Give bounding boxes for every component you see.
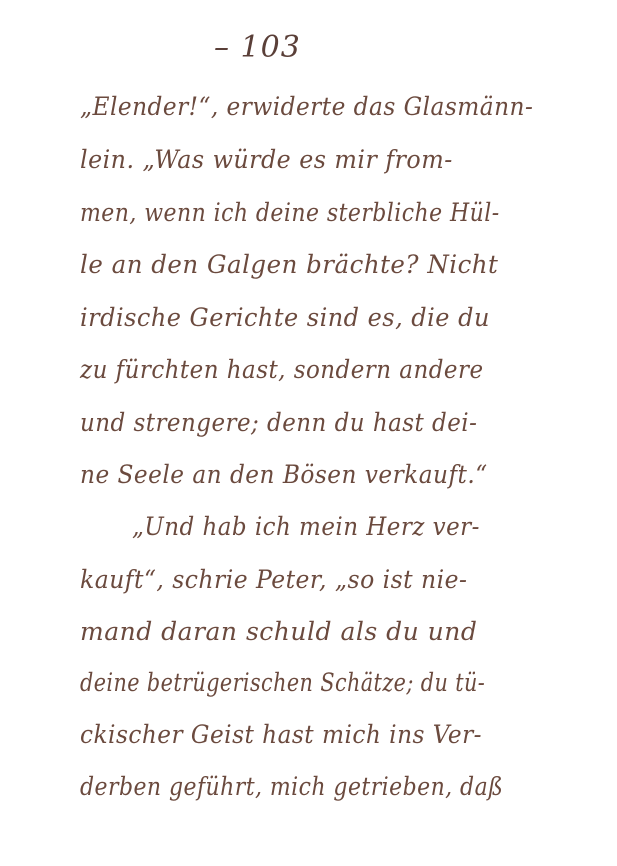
text-line: zu fürchten hast, sondern andere [80,355,484,384]
page-number: – 103 [214,30,301,65]
text-line: ckischer Geist hast mich ins Ver- [80,720,482,749]
text-line: men, wenn ich deine sterbliche Hül- [80,198,500,227]
text-line-paragraph-start: „Und hab ich mein Herz ver- [132,512,480,541]
text-line: le an den Galgen brächte? Nicht [80,250,498,279]
text-line: und strengere; denn du hast dei- [80,408,477,437]
handwritten-page: – 103 „Elender!“, erwiderte das Glasmänn… [0,0,617,866]
text-line: ne Seele an den Bösen verkauft.“ [80,460,488,489]
text-line: mand daran schuld als du und [80,617,477,646]
text-line: derben geführt, mich getrieben, daß [80,772,503,801]
text-line: kauft“, schrie Peter, „so ist nie- [80,565,467,594]
text-line: irdische Gerichte sind es, die du [80,303,490,332]
text-line: deine betrügerischen Schätze; du tü- [80,668,485,697]
text-line: „Elender!“, erwiderte das Glasmänn- [80,92,533,121]
text-line: lein. „Was würde es mir from- [80,145,453,174]
